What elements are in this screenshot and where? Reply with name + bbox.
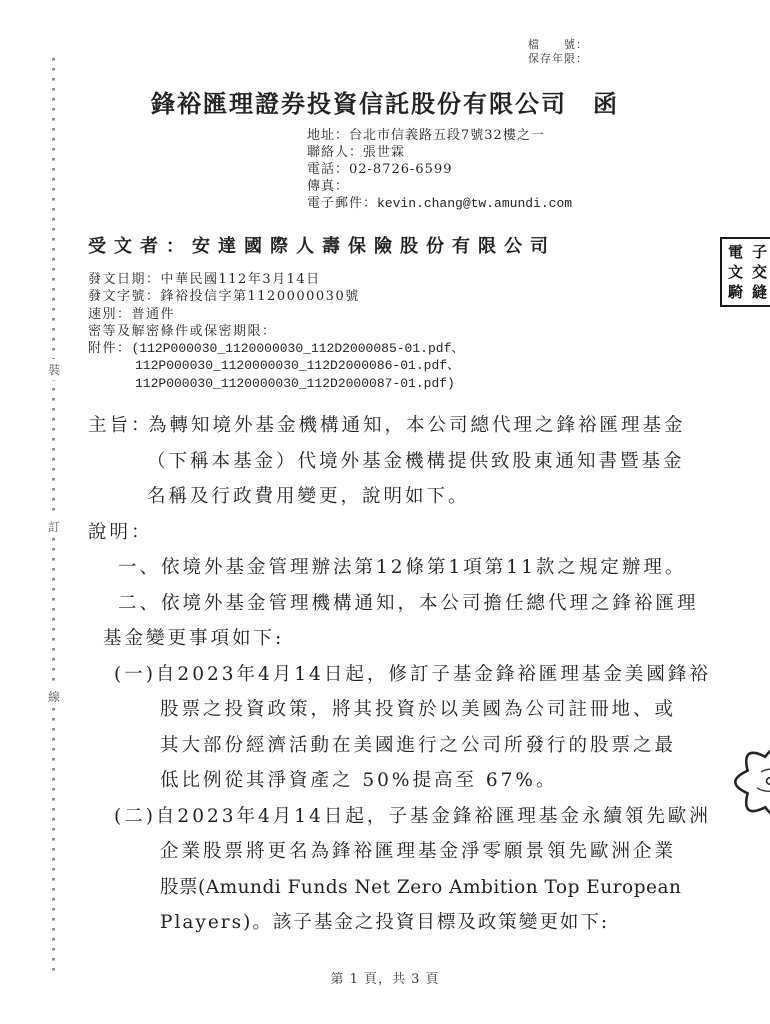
explanation-item-2-cont: 基金變更事項如下: — [0, 621, 770, 657]
body-text-block: 主旨：為轉知境外基金機構通知，本公司總代理之鋒裕匯理基金 （下稱本基金）代境外基… — [0, 408, 770, 941]
sender-contact-person: 聯絡人：張世霖 — [307, 144, 572, 161]
exchange-stamp-left-column: 電文騎 — [725, 242, 746, 302]
binding-mark-zhuang: 裝 — [46, 359, 62, 380]
subject-line-1: 主旨：為轉知境外基金機構通知，本公司總代理之鋒裕匯理基金 — [0, 408, 770, 444]
exchange-stamp-right-column: 子交縫 — [749, 242, 770, 302]
dispatch-speed: 速別：普通件 — [88, 306, 464, 323]
document-title: 鋒裕匯理證券投資信託股份有限公司 函 — [0, 84, 770, 119]
attachment-line-1: 附件：(112P000030_1120000030_112D2000085-01… — [88, 340, 464, 357]
recipient-line: 受文者：安達國際人壽保險股份有限公司 — [88, 232, 556, 258]
subitem-2-line-3: 股票(Amundi Funds Net Zero Ambition Top Eu… — [0, 870, 770, 906]
sender-address: 地址：台北市信義路五段7號32樓之一 — [307, 127, 572, 144]
dispatch-number: 發文字號：鋒裕投信字第1120000030號 — [88, 288, 464, 305]
binding-dotted-line — [52, 58, 55, 972]
dispatch-date: 發文日期：中華民國112年3月14日 — [88, 271, 464, 288]
attachment-label: 附件： — [88, 341, 132, 356]
attachment-file-2: 112P000030_1120000030_112D2000086-01.pdf… — [88, 357, 464, 374]
retention-period-label: 保存年限： — [528, 52, 588, 66]
subitem-1-line-2: 股票之投資政策，將其投資於以美國為公司註冊地、或 — [0, 692, 770, 728]
subject-line-2: （下稱本基金）代境外基金機構提供致股東通知書暨基金 — [0, 444, 770, 480]
sender-fax: 傳真： — [307, 178, 572, 195]
electronic-exchange-stamp: 電文騎 子交縫 — [720, 237, 770, 307]
flower-seal-icon — [731, 742, 770, 822]
subject-text-1: 為轉知境外基金機構通知，本公司總代理之鋒裕匯理基金 — [148, 415, 686, 436]
subitem-1-line-3: 其大部份經濟活動在美國進行之公司所發行的股票之最 — [0, 728, 770, 764]
dispatch-security: 密等及解密條件或保密期限： — [88, 323, 464, 340]
explanation-label: 說明： — [0, 515, 770, 551]
page-number: 第 1 頁，共 3 頁 — [0, 968, 770, 987]
subitem-1-line-1: (一)自2023年4月14日起，修訂子基金鋒裕匯理基金美國鋒裕 — [0, 657, 770, 693]
dispatch-meta-block: 發文日期：中華民國112年3月14日 發文字號：鋒裕投信字第1120000030… — [88, 271, 464, 392]
attachment-file-3: 112P000030_1120000030_112D2000087-01.pdf… — [88, 375, 464, 392]
sender-email-value: kevin.chang@tw.amundi.com — [377, 196, 572, 211]
subitem-1-line-4: 低比例從其淨資產之 50%提高至 67%。 — [0, 763, 770, 799]
attachment-file-1: (112P000030_1120000030_112D2000085-01.pd… — [132, 341, 465, 356]
subitem-2-line-1: (二)自2023年4月14日起，子基金鋒裕匯理基金永續領先歐洲 — [0, 799, 770, 835]
sender-email-label: 電子郵件： — [307, 196, 377, 211]
subject-line-3: 名稱及行政費用變更，說明如下。 — [0, 479, 770, 515]
explanation-item-2: 二、依境外基金管理機構通知，本公司擔任總代理之鋒裕匯理 — [0, 586, 770, 622]
file-reference-block: 檔 號： 保存年限： — [528, 38, 588, 65]
subitem-2-line-2: 企業股票將更名為鋒裕匯理基金淨零願景領先歐洲企業 — [0, 834, 770, 870]
subject-label: 主旨： — [88, 408, 148, 444]
sender-phone: 電話：02-8726-6599 — [307, 161, 572, 178]
subitem-2-line-4: Players)。該子基金之投資目標及政策變更如下: — [0, 905, 770, 941]
sender-email: 電子郵件：kevin.chang@tw.amundi.com — [307, 195, 572, 212]
file-number-label: 檔 號： — [528, 38, 588, 52]
explanation-item-1: 一、依境外基金管理辦法第12條第1項第11款之規定辦理。 — [0, 550, 770, 586]
page: { "header": { "file_no": "檔 號：", "retent… — [0, 0, 770, 1024]
binding-mark-ding: 訂 — [46, 516, 62, 537]
sender-info-block: 地址：台北市信義路五段7號32樓之一 聯絡人：張世霖 電話：02-8726-65… — [307, 127, 572, 212]
binding-mark-xian: 線 — [46, 686, 62, 707]
